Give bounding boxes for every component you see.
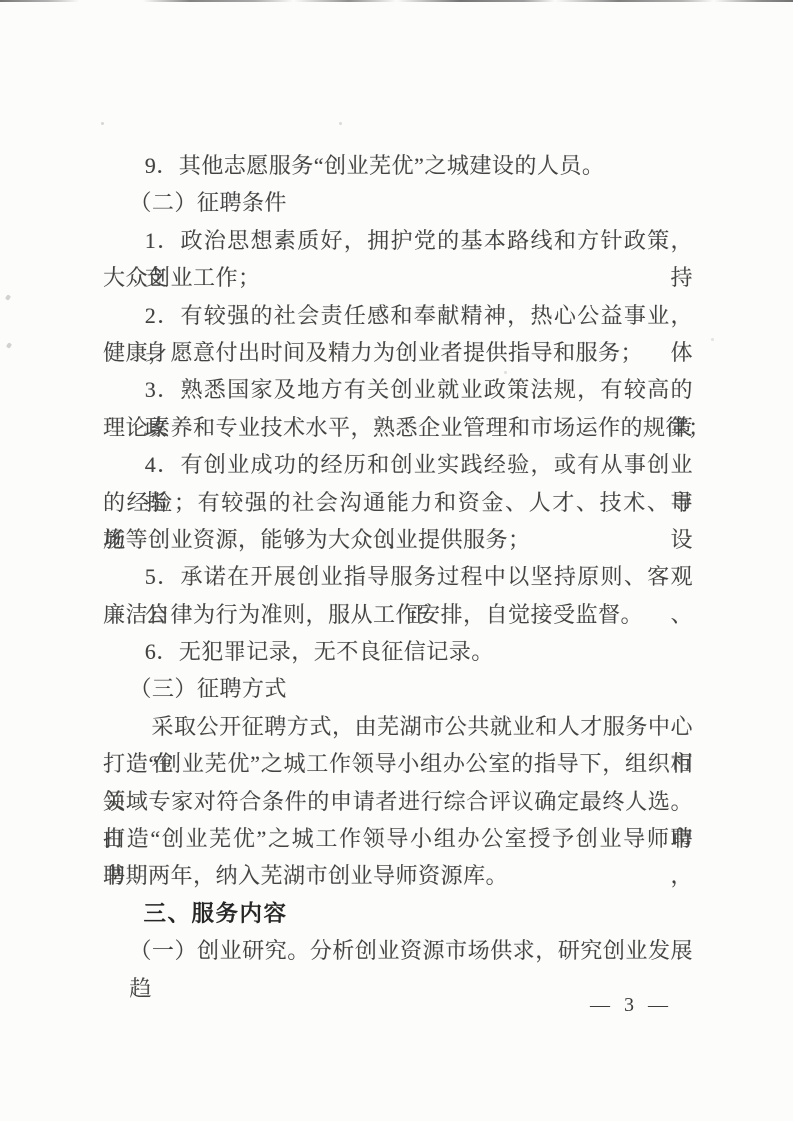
text-line: 1．政治思想素质好，拥护党的基本路线和方针政策，支持 (103, 222, 693, 259)
text-line: 3．熟悉国家及地方有关创业就业政策法规，有较高的政策 (103, 371, 693, 408)
scan-speck (5, 294, 11, 300)
text-line: （三）征聘方式 (103, 670, 693, 707)
page-number: — 3 — (590, 994, 669, 1017)
document-body: 9．其他志愿服务“创业芜优”之城建设的人员。（二）征聘条件1．政治思想素质好，拥… (103, 147, 693, 970)
text-line: 领域专家对符合条件的申请者进行综合评议确定最终人选。由市 (103, 783, 693, 820)
text-line: 健康，愿意付出时间及精力为创业者提供指导和服务； (103, 334, 693, 371)
text-line: （二）征聘条件 (103, 184, 693, 221)
text-line: 打造“创业芜优”之城工作领导小组办公室授予创业导师聘书， (103, 820, 693, 857)
text-line: 廉洁自律为行为准则，服从工作安排，自觉接受监督。 (103, 596, 693, 633)
scan-speck (101, 122, 104, 125)
scan-speck (711, 338, 714, 341)
scan-speck (6, 342, 12, 348)
text-line: 9．其他志愿服务“创业芜优”之城建设的人员。 (103, 147, 693, 184)
scan-speck (339, 122, 342, 125)
text-line: 2．有较强的社会责任感和奉献精神，热心公益事业，身体 (103, 297, 693, 334)
text-line: （一）创业研究。分析创业资源市场供求，研究创业发展趋 (103, 932, 693, 969)
text-line: 理论素养和专业技术水平，熟悉企业管理和市场运作的规律； (103, 409, 693, 446)
text-line: 4．有创业成功的经历和创业实践经验，或有从事创业指导 (103, 446, 693, 483)
scan-speck (504, 371, 507, 374)
text-line: 5．承诺在开展创业指导服务过程中以坚持原则、客观公正、 (103, 558, 693, 595)
text-line: 6．无犯罪记录，无不良征信记录。 (103, 633, 693, 670)
text-line: 采取公开征聘方式，由芜湖市公共就业和人才服务中心在市 (103, 708, 693, 745)
text-line: 打造“创业芜优”之城工作领导小组办公室的指导下，组织相关 (103, 745, 693, 782)
scan-edge-artifact (0, 0, 793, 2)
document-page: 9．其他志愿服务“创业芜优”之城建设的人员。（二）征聘条件1．政治思想素质好，拥… (0, 0, 793, 1121)
section-heading: 三、服务内容 (103, 895, 693, 932)
text-line: 的经验；有较强的社会沟通能力和资金、人才、技术、市场、设 (103, 484, 693, 521)
